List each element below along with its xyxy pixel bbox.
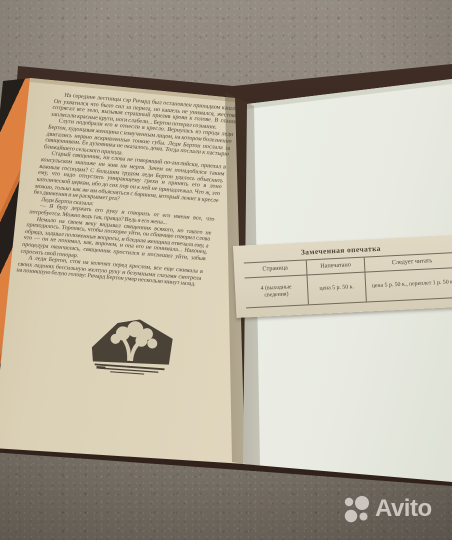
left-page-text: На середине лестницы сэр Ричард был оста… (16, 92, 240, 289)
errata-slip: Замеченная опечатка Страница Напечатано … (233, 235, 452, 318)
errata-cell-page: 4 (выходные сведения) (245, 275, 308, 307)
avito-dots-logo-icon (342, 494, 372, 524)
book-listing-photo: На середине лестницы сэр Ричард был оста… (0, 0, 452, 540)
errata-cell-should-read: цена 5 р. 50 к., переплет 1 р. 50 к. (364, 268, 452, 302)
errata-table: Страница Напечатано Следует читать 4 (вы… (244, 252, 452, 308)
avito-watermark: Avito (342, 494, 432, 524)
errata-cell-printed: цена 5 р. 50 к. (307, 273, 366, 305)
avito-watermark-text: Avito (375, 495, 432, 523)
tree-woodcut-vignette-icon (84, 313, 178, 381)
